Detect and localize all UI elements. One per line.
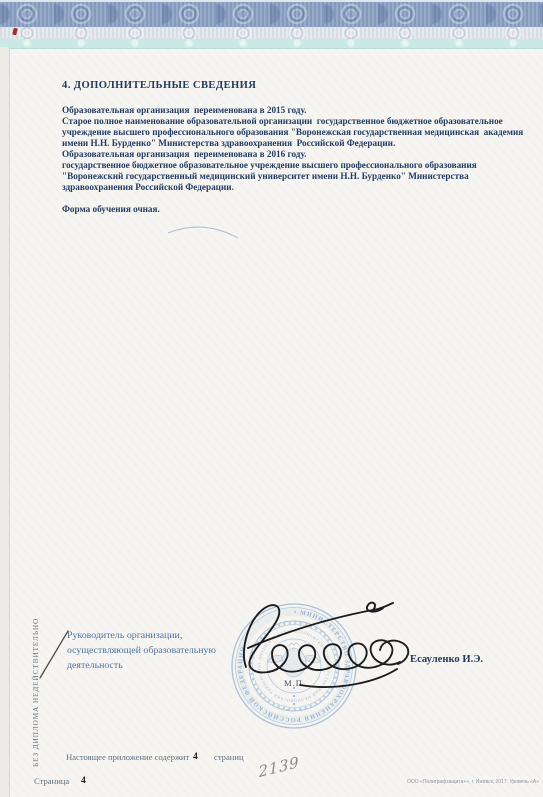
guilloche-band-cyan	[0, 39, 543, 49]
diploma-supplement-page: 4. ДОПОЛНИТЕЛЬНЫЕ СВЕДЕНИЯ Образовательн…	[0, 0, 543, 797]
signer-name: Есауленко И.Э.	[410, 654, 483, 665]
faint-pen-arc	[168, 227, 238, 238]
footer-contains-label: Настоящее приложение содержит	[66, 752, 189, 762]
guilloche-band-light	[0, 27, 543, 39]
handwritten-pencil-number: 2139	[258, 753, 300, 781]
signatory-role-line2: осуществляющей образовательную	[67, 643, 216, 658]
signatory-role-line1: Руководитель организации,	[67, 628, 216, 643]
printer-imprint: ООО «Полиграфзащита+», г. Ижевск, 2017. …	[389, 779, 539, 785]
footer-pages-count: 4	[193, 751, 198, 762]
footer-page-label: Страница	[34, 776, 69, 786]
footer-page-number: 4	[81, 775, 86, 786]
paragraph-new-name: государственное бюджетное образовательно…	[62, 160, 538, 193]
paragraph-renamed-2016: Образовательная организация переименован…	[62, 149, 538, 160]
handwritten-signature	[230, 590, 415, 695]
pen-slash-mark	[40, 631, 68, 678]
signatory-role-label: Руководитель организации, осуществляющей…	[67, 628, 216, 674]
scan-page-edge	[0, 47, 10, 797]
security-vertical-text: БЕЗ ДИПЛОМА НЕДЕЙСТВИТЕЛЬНО	[31, 607, 44, 767]
body-text-block: Образовательная организация переименован…	[62, 105, 538, 215]
signatory-role-line3: деятельность	[67, 658, 216, 673]
paragraph-old-name: Старое полное наименование образовательн…	[62, 116, 538, 149]
paragraph-renamed-2015: Образовательная организация переименован…	[62, 105, 538, 116]
section-heading: 4. ДОПОЛНИТЕЛЬНЫЕ СВЕДЕНИЯ	[62, 80, 256, 91]
guilloche-band-blue	[0, 2, 543, 27]
signature-ink-graphic	[230, 590, 415, 695]
footer-pages-word: страниц	[214, 752, 244, 762]
study-form-note: Форма обучения очная.	[62, 204, 538, 215]
